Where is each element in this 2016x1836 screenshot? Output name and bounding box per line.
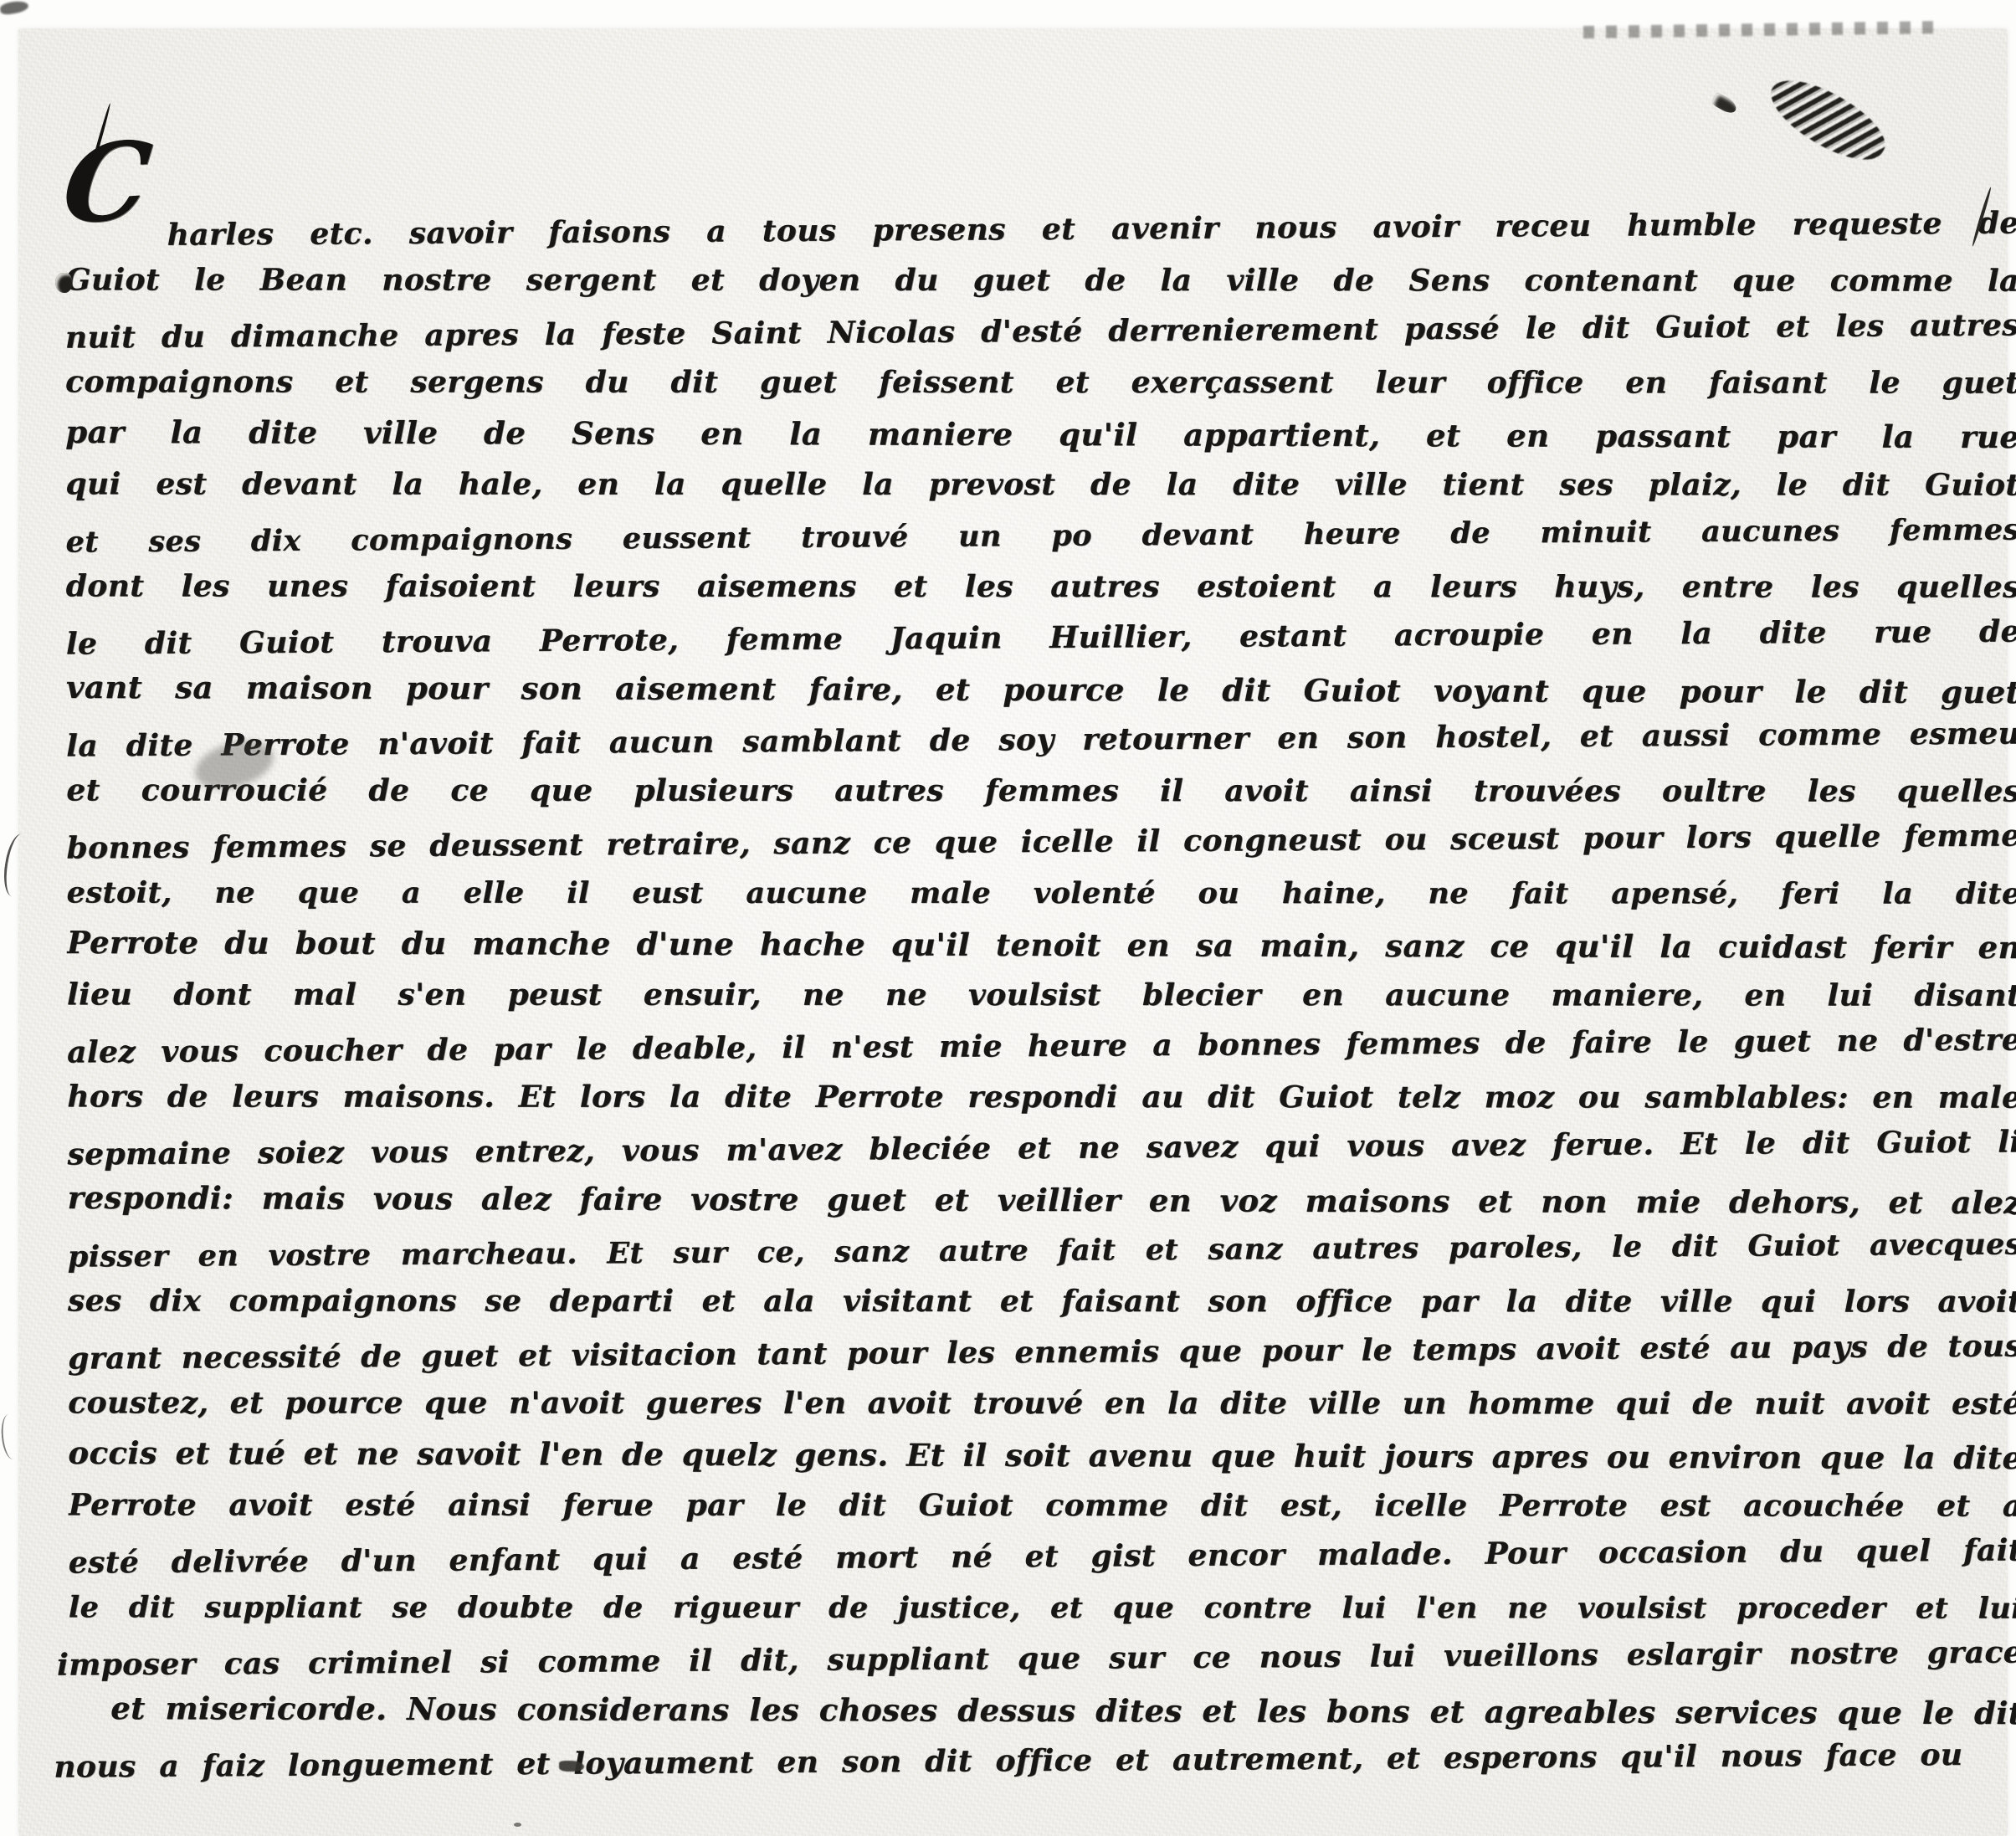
manuscript-line-17: alez vous coucher de par le deable, il n…	[67, 1016, 2016, 1080]
corner-speck-mark	[0, 0, 29, 16]
manuscript-line-8: dont les unes faisoient leurs aisemens e…	[66, 562, 2016, 614]
manuscript-line-24: coustez, et pource que n'avoit gueres l'…	[68, 1379, 2016, 1431]
manuscript-line-3: nuit du dimanche apres la feste Saint Ni…	[65, 301, 2016, 365]
manuscript-line-4: compaignons et sergens du dit guet feiss…	[65, 358, 2016, 410]
manuscript-line-15: Perrote du bout du manche d'une hache qu…	[67, 919, 2016, 975]
paper-sheet: C harles etc. savoir faisons a tous pres…	[18, 28, 2008, 1836]
manuscript-line-2: Guiot le Bean nostre sergent et doyen du…	[65, 256, 2016, 308]
manuscript-line-29: imposer cas criminel si comme il dit, su…	[57, 1628, 2016, 1692]
manuscript-line-25: occis et tué et ne savoit l'en de quelz …	[68, 1429, 2016, 1485]
manuscript-line-1: harles etc. savoir faisons a tous presen…	[64, 199, 2016, 263]
manuscript-line-21: pisser en vostre marcheau. Et sur ce, sa…	[68, 1220, 2016, 1284]
manuscript-line-9: le dit Guiot trouva Perrote, femme Jaqui…	[66, 608, 2016, 671]
initial-letter: C	[59, 135, 156, 233]
manuscript-line-26: Perrote avoit esté ainsi ferue par le di…	[69, 1481, 2016, 1533]
manuscript-line-14: estoit, ne que a elle il eust aucune mal…	[67, 869, 2016, 921]
manuscript-line-7: et ses dix compaignons eussent trouvé un…	[65, 505, 2016, 569]
manuscript-line-13: bonnes femmes se deussent retraire, sanz…	[66, 812, 2016, 875]
manuscript-line-22: ses dix compaignons se departi et ala vi…	[68, 1277, 2016, 1329]
manuscript-line-12: et courroucié de ce que plusieurs autres…	[66, 767, 2016, 818]
manuscript-line-31: nous a faiz longuement et loyaument en s…	[54, 1731, 2016, 1794]
manuscript-line-16: lieu dont mal s'en peust ensuir, ne ne v…	[67, 971, 2016, 1023]
manuscript-line-18: hors de leurs maisons. Et lors la dite P…	[67, 1073, 2016, 1125]
manuscript-line-28: le dit suppliant se doubte de rigueur de…	[69, 1583, 2016, 1635]
scanned-page: C harles etc. savoir faisons a tous pres…	[0, 0, 2016, 1836]
manuscript-line-11: la dite Perrote n'avoit fait aucun sambl…	[66, 710, 2016, 773]
manuscript-line-27: esté delivrée d'un enfant qui a esté mor…	[69, 1526, 2016, 1590]
manuscript-line-19: sepmaine soiez vous entrez, vous m'avez …	[67, 1118, 2016, 1182]
manuscript-text-block: harles etc. savoir faisons a tous presen…	[65, 203, 2016, 1791]
manuscript-line-23: grant necessité de guet et visitacion ta…	[68, 1322, 2016, 1386]
manuscript-line-5: par la dite ville de Sens en la maniere …	[65, 408, 2016, 464]
manuscript-line-6: qui est devant la hale, en la quelle la …	[65, 460, 2016, 512]
